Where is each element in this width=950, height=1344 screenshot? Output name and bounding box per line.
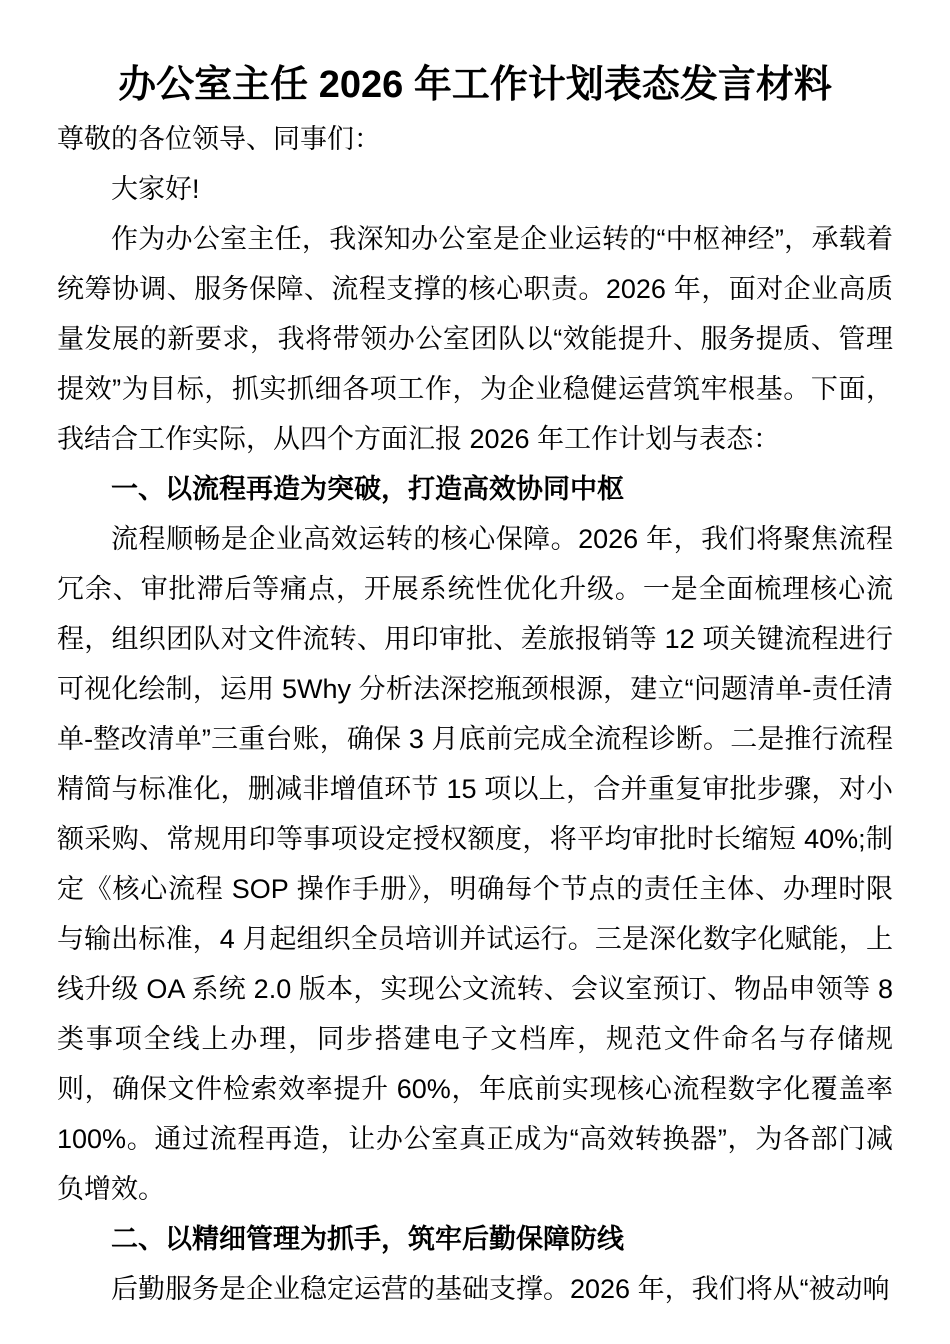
intro-paragraph: 作为办公室主任，我深知办公室是企业运转的“中枢神经”，承载着统筹协调、服务保障、… bbox=[57, 214, 893, 464]
document-body: 尊敬的各位领导、同事们： 大家好! 作为办公室主任，我深知办公室是企业运转的“中… bbox=[57, 114, 893, 1314]
section-2-heading: 二、以精细管理为抓手，筑牢后勤保障防线 bbox=[57, 1214, 893, 1264]
section-2-paragraph-truncated: 后勤服务是企业稳定运营的基础支撑。2026 年，我们将从“被动响 bbox=[57, 1264, 893, 1314]
section-1-paragraph: 流程顺畅是企业高效运转的核心保障。2026 年，我们将聚焦流程冗余、审批滞后等痛… bbox=[57, 514, 893, 1214]
greeting-line: 大家好! bbox=[57, 164, 893, 214]
salutation-line: 尊敬的各位领导、同事们： bbox=[57, 114, 893, 164]
document-page: 办公室主任 2026 年工作计划表态发言材料 尊敬的各位领导、同事们： 大家好!… bbox=[0, 0, 950, 1344]
section-1-heading: 一、以流程再造为突破，打造高效协同中枢 bbox=[57, 464, 893, 514]
document-title: 办公室主任 2026 年工作计划表态发言材料 bbox=[57, 62, 893, 108]
